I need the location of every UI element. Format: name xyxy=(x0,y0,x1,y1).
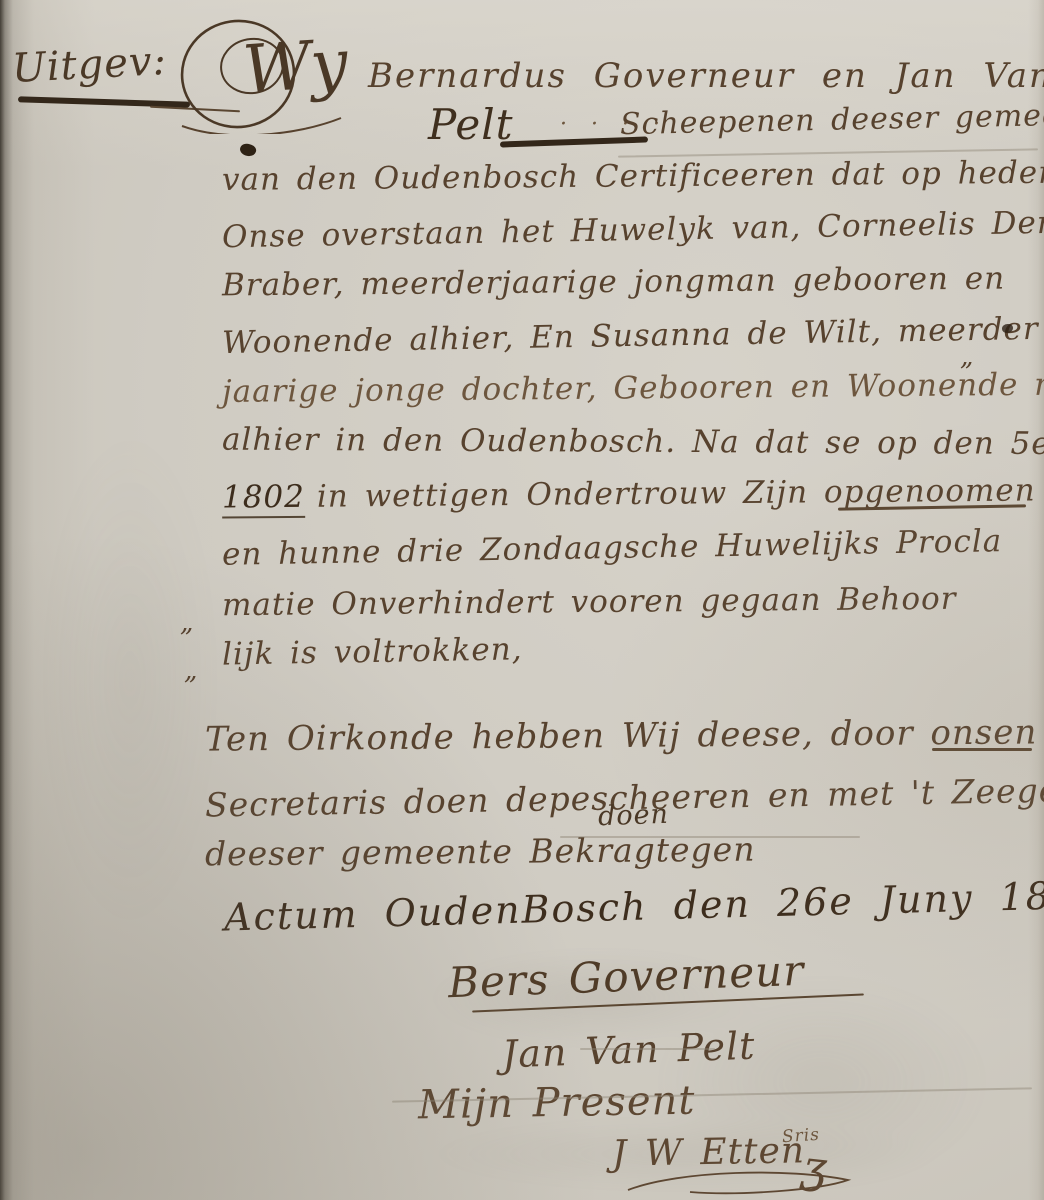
document-scan: Uitgev: Wy Bernardus Governeur en Jan Va… xyxy=(0,0,1044,1200)
inserted-word-doen: doen xyxy=(597,799,669,832)
ditto-mark-1: „ xyxy=(180,608,193,638)
body-line-3: Braber, meerderjaarige jongman gebooren … xyxy=(222,261,1005,304)
signature-van-pelt: Jan Van Pelt xyxy=(501,1024,756,1077)
ruled-line-3 xyxy=(580,1048,715,1050)
margin-note: Uitgev: xyxy=(11,38,168,92)
date-line: Actum OudenBosch den 26e Juny 1802 xyxy=(224,872,1044,939)
ditto-mark-3: „ xyxy=(960,342,973,372)
trailing-stroke-2 xyxy=(932,748,1032,751)
body-line-5: jaarige jonge dochter, Gebooren en Woone… xyxy=(222,366,1044,410)
body-line-10: lijk is voltrokken, xyxy=(222,631,523,672)
body-line-1: van den Oudenbosch Certificeeren dat op … xyxy=(222,154,1044,198)
heading-line-2-right: Scheepenen deeser gemeente xyxy=(620,97,1044,142)
body-line-9: matie Onverhindert vooren gegaan Behoor xyxy=(222,581,957,623)
closing-line-1: Ten Oirkonde hebben Wij deese, door onse… xyxy=(205,712,1038,759)
opening-word: Wy xyxy=(240,24,351,108)
paraph-underflourish-icon xyxy=(620,1168,860,1198)
body-line-2: Onse overstaan het Huwelyk van, Corneeli… xyxy=(222,205,1044,256)
ink-blob-1 xyxy=(238,142,257,159)
body-line-6: alhier in den Oudenbosch. Na dat se op d… xyxy=(222,422,1044,463)
ruled-line-2 xyxy=(560,836,860,838)
ditto-mark-2: „ xyxy=(184,656,197,686)
body-line-8: en hunne drie Zondaagsche Huwelijks Proc… xyxy=(222,523,1003,573)
signature-mijn-present: Mijn Present xyxy=(418,1078,696,1129)
heading-line-1: Bernardus Governeur en Jan Van xyxy=(368,56,1044,96)
body-line-4: Woonende alhier, En Susanna de Wilt, mee… xyxy=(222,311,1039,361)
year-1802: 1802 xyxy=(222,479,305,519)
